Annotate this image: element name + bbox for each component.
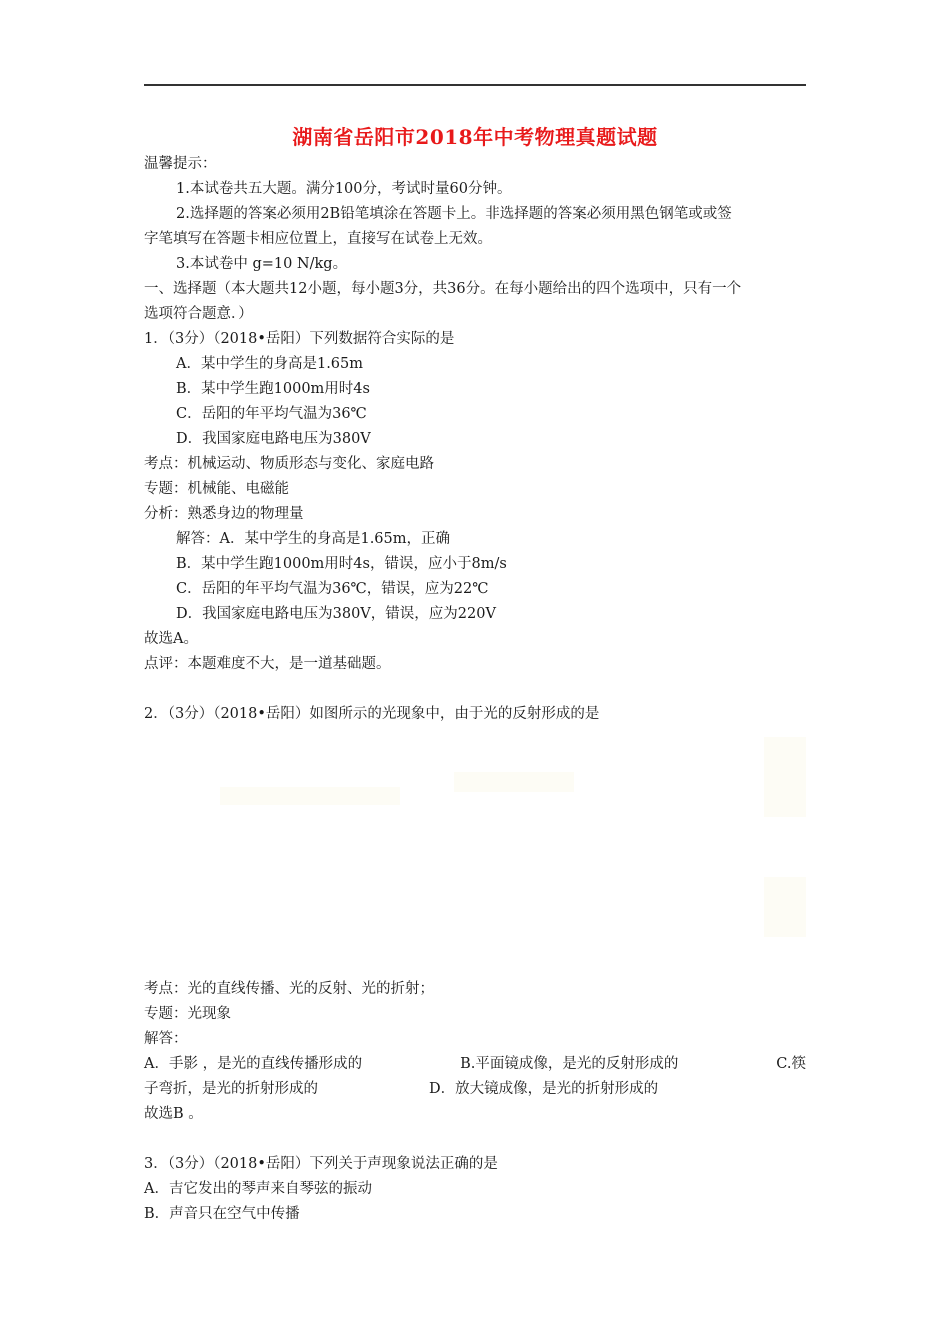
q1-fenxi: 分析：熟悉身边的物理量 bbox=[144, 502, 806, 527]
q1-option-c: C．岳阳的年平均气温为36℃ bbox=[144, 402, 806, 427]
tip-2: 2.选择题的答案必须用2B铅笔填涂在答题卡上。非选择题的答案必须用黑色钢笔或或签 bbox=[144, 202, 806, 227]
section-heading: 一、选择题（本大题共12小题，每小题3分，共36分。在每小题给出的四个选项中，只… bbox=[144, 277, 806, 302]
q2-sol-b: B.平面镜成像，是光的反射形成的 bbox=[460, 1052, 678, 1077]
page-title: 湖南省岳阳市2018年中考物理真题试题 bbox=[144, 122, 806, 152]
q1-kaodian: 考点：机械运动、物质形态与变化、家庭电路 bbox=[144, 452, 806, 477]
q3-stem: 3．（3分）（2018•岳阳）下列关于声现象说法正确的是 bbox=[144, 1152, 806, 1177]
q2-sol-a: A．手影 ，是光的直线传播形成的 bbox=[144, 1052, 362, 1077]
q1-option-a: A．某中学生的身高是1.65m bbox=[144, 352, 806, 377]
q1-answer-c: C．岳阳的年平均气温为36℃，错误，应为22℃ bbox=[144, 577, 806, 602]
q2-solution-row-1: A．手影 ，是光的直线传播形成的 B.平面镜成像，是光的反射形成的 C.筷 bbox=[144, 1052, 806, 1077]
q2-sol-d: D．放大镜成像，是光的折射形成的 bbox=[429, 1077, 658, 1102]
q1-comment: 点评：本题难度不大，是一道基础题。 bbox=[144, 652, 806, 677]
q3-option-a: A．吉它发出的琴声来自琴弦的振动 bbox=[144, 1177, 806, 1202]
tip-2-cont: 字笔填写在答题卡相应位置上，直接写在试卷上无效。 bbox=[144, 227, 806, 252]
tips-heading: 温馨提示： bbox=[144, 152, 806, 177]
q2-zhuanti: 专题：光现象 bbox=[144, 1002, 806, 1027]
q1-option-b: B．某中学生跑1000m用时4s bbox=[144, 377, 806, 402]
document-page: 湖南省岳阳市2018年中考物理真题试题 温馨提示： 1.本试卷共五大题。满分10… bbox=[144, 122, 806, 1227]
q3-option-b: B．声音只在空气中传播 bbox=[144, 1202, 806, 1227]
q1-zhuanti: 专题：机械能、电磁能 bbox=[144, 477, 806, 502]
q2-sol-c-cont: 子弯折，是光的折射形成的 bbox=[144, 1077, 429, 1102]
q1-answer-a: 解答：A．某中学生的身高是1.65m，正确 bbox=[144, 527, 806, 552]
q2-sol-c: C.筷 bbox=[776, 1052, 806, 1077]
q2-stem: 2．（3分）（2018•岳阳）如图所示的光现象中，由于光的反射形成的是 bbox=[144, 702, 806, 727]
q1-option-d: D．我国家庭电路电压为380V bbox=[144, 427, 806, 452]
q2-jieda: 解答： bbox=[144, 1027, 806, 1052]
q2-solution-row-2: 子弯折，是光的折射形成的 D．放大镜成像，是光的折射形成的 bbox=[144, 1077, 806, 1102]
header-rule bbox=[144, 84, 806, 86]
q1-answer-b: B．某中学生跑1000m用时4s，错误，应小于8m/s bbox=[144, 552, 806, 577]
section-heading-cont: 选项符合题意．） bbox=[144, 302, 806, 327]
q2-choice: 故选B 。 bbox=[144, 1102, 806, 1127]
tip-1: 1.本试卷共五大题。满分100分，考试时量60分钟。 bbox=[144, 177, 806, 202]
q1-answer-d: D．我国家庭电路电压为380V，错误，应为220V bbox=[144, 602, 806, 627]
q2-kaodian: 考点：光的直线传播、光的反射、光的折射； bbox=[144, 977, 806, 1002]
q1-choice: 故选A。 bbox=[144, 627, 806, 652]
tip-3: 3.本试卷中 g=10 N/kg。 bbox=[144, 252, 806, 277]
q1-stem: 1．（3分）（2018•岳阳）下列数据符合实际的是 bbox=[144, 327, 806, 352]
q2-figure-faded bbox=[144, 727, 806, 977]
